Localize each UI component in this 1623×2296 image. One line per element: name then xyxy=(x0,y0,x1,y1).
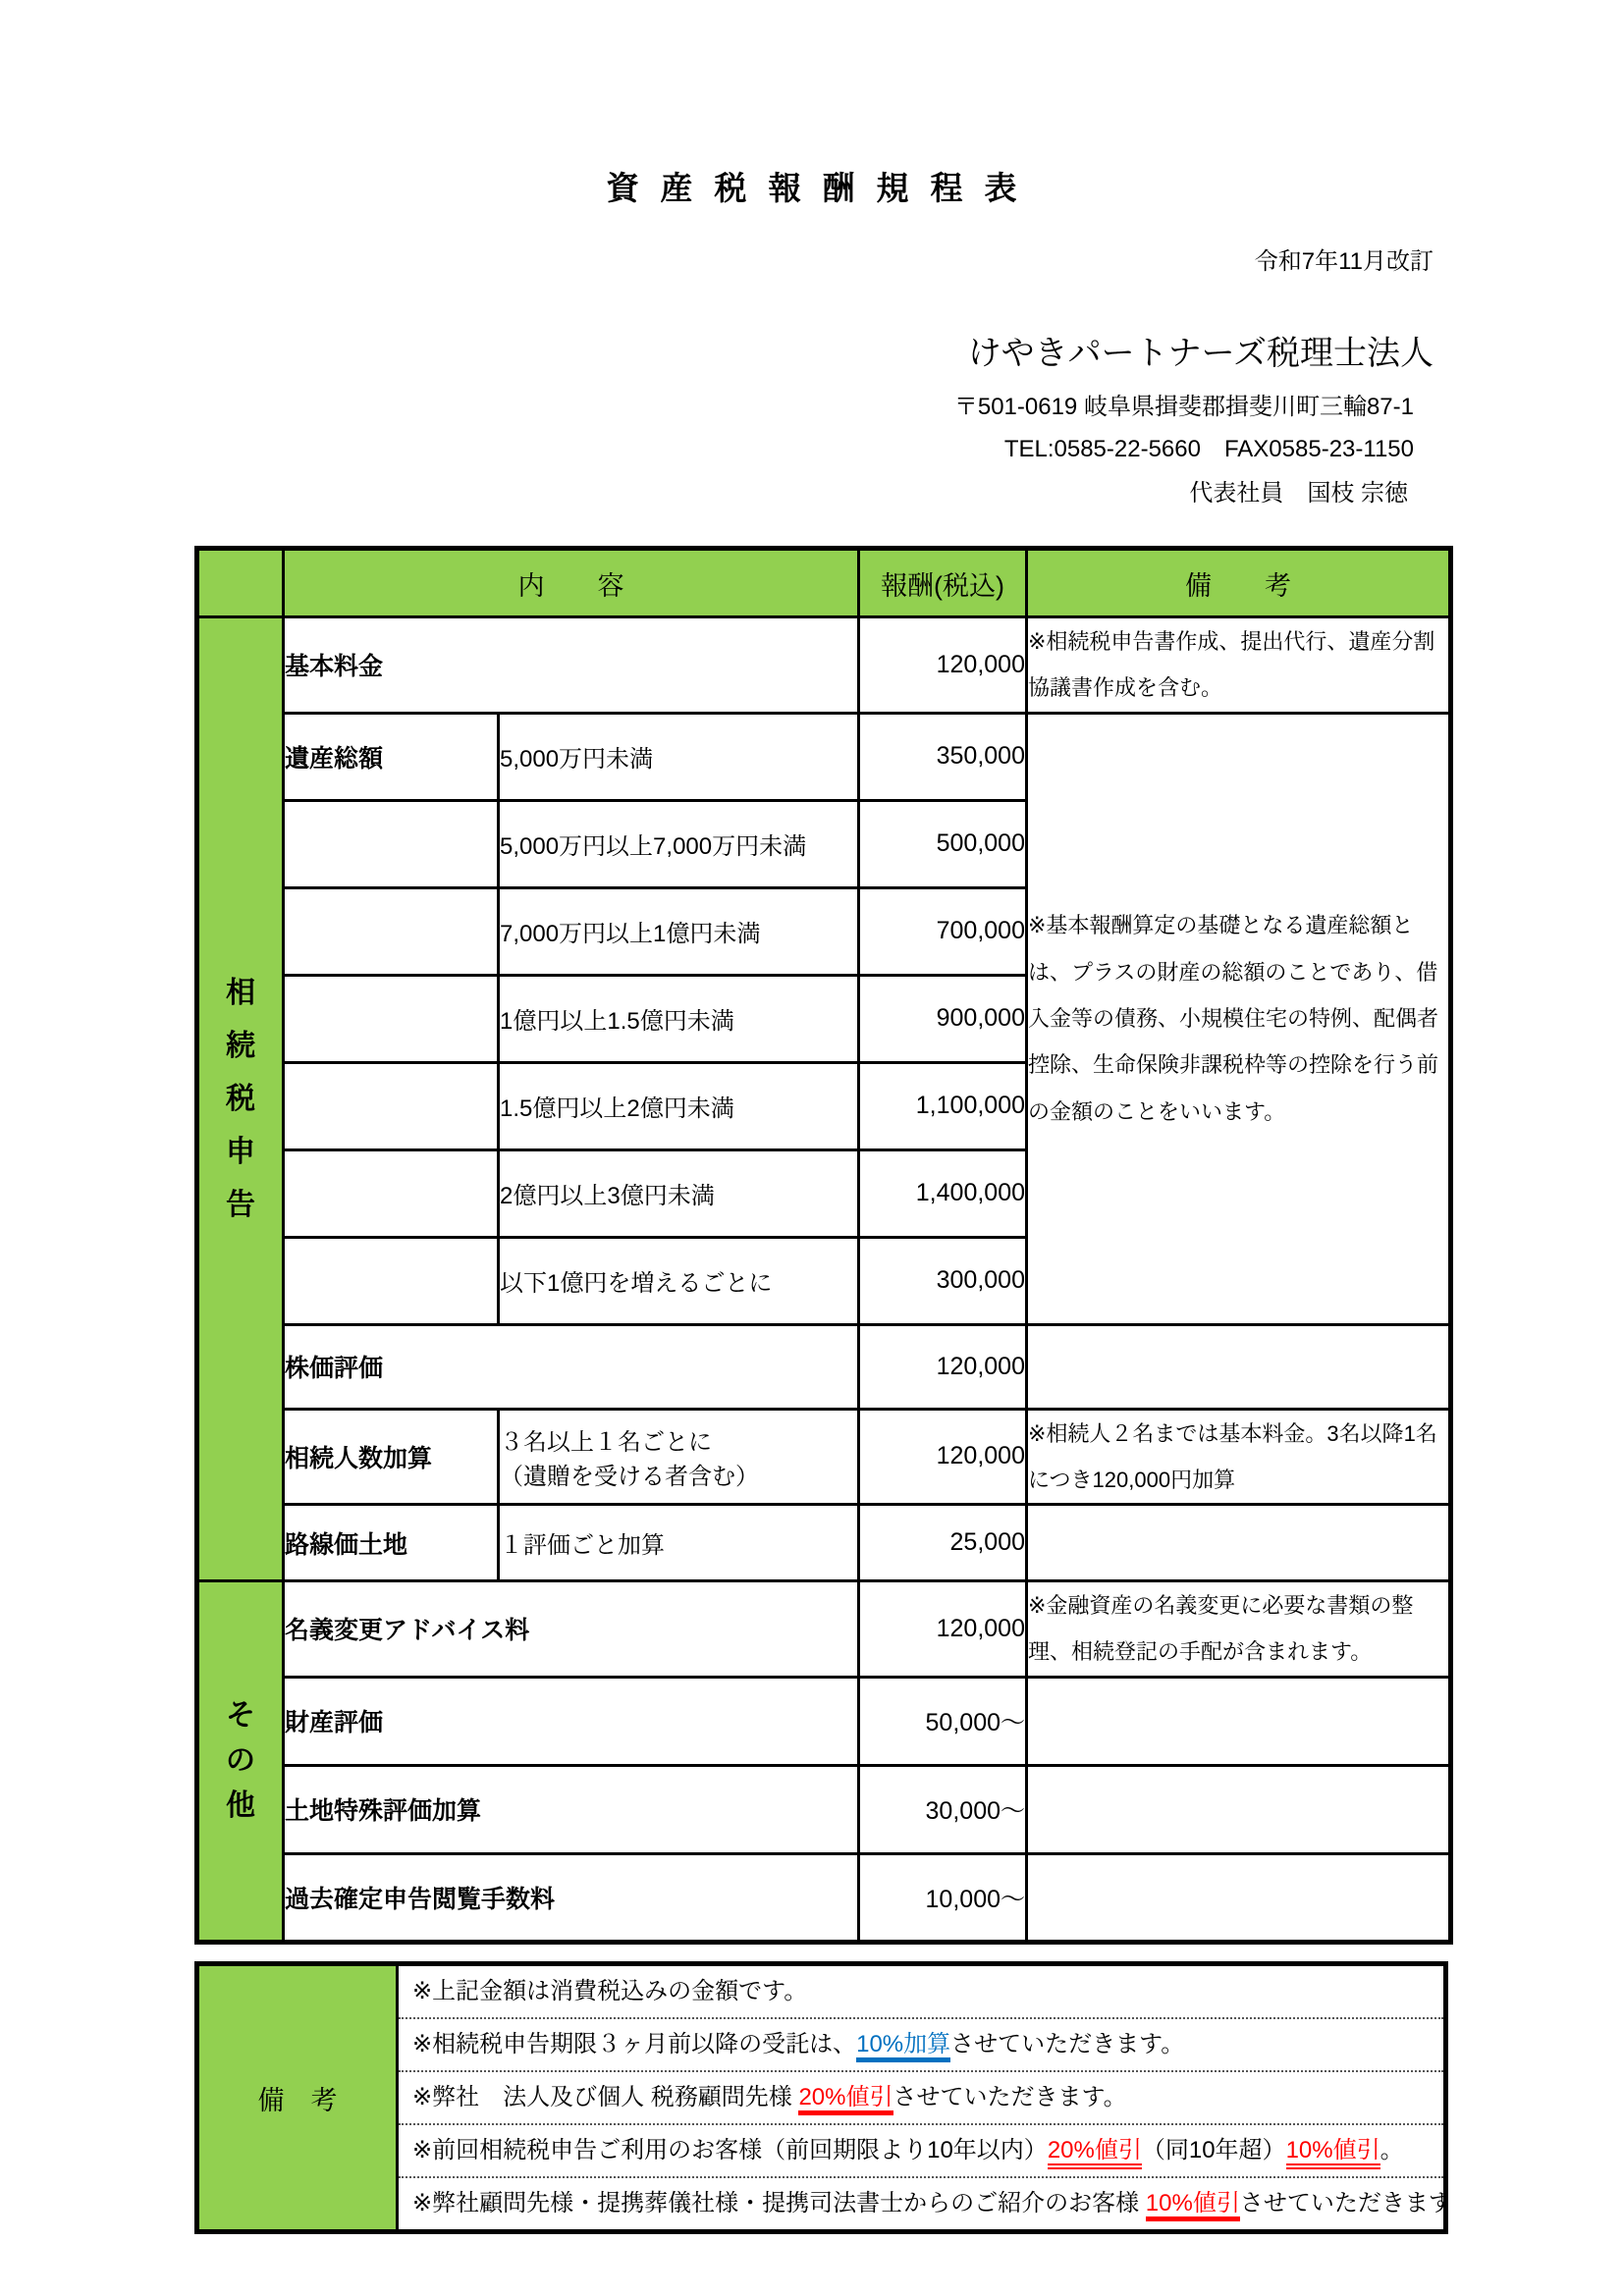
detail-cell: 1億円以上1.5億円未満 xyxy=(499,975,859,1062)
detail-cell: 5,000万円未満 xyxy=(499,713,859,800)
remark-line: ※相続税申告期限３ヶ月前以降の受託は、10%加算させていただきます。 xyxy=(399,2017,1443,2070)
category-cell: 財産評価 xyxy=(284,1677,859,1765)
table-row: 土地特殊評価加算 30,000～ xyxy=(197,1765,1451,1853)
remark-segment: ※相続税申告期限３ヶ月前以降の受託は、 xyxy=(412,2031,856,2057)
fee-cell: 350,000 xyxy=(859,713,1027,800)
remarks-body: ※上記金額は消費税込みの金額です。 ※相続税申告期限３ヶ月前以降の受託は、10%… xyxy=(399,1966,1443,2229)
fee-cell: 25,000 xyxy=(859,1505,1027,1581)
detail-cell: ３名以上１名ごとに （遺贈を受ける者含む） xyxy=(499,1409,859,1505)
category-cell xyxy=(284,887,499,975)
fee-cell: 500,000 xyxy=(859,800,1027,887)
fee-cell: 30,000～ xyxy=(859,1765,1027,1853)
category-cell: 基本料金 xyxy=(284,617,859,714)
note-cell xyxy=(1027,1765,1451,1853)
detail-cell: 7,000万円以上1億円未満 xyxy=(499,887,859,975)
detail-cell: 5,000万円以上7,000万円未満 xyxy=(499,800,859,887)
table-row: 株価評価 120,000 xyxy=(197,1324,1451,1409)
table-row: 遺産総額 5,000万円未満 350,000 ※基本報酬算定の基礎となる遺産総額… xyxy=(197,713,1451,800)
detail-cell: 以下1億円を増えるごとに xyxy=(499,1237,859,1324)
note-cell xyxy=(1027,1677,1451,1765)
note-cell: ※金融資産の名義変更に必要な書類の整理、相続登記の手配が含まれます。 xyxy=(1027,1581,1451,1678)
remark-segment: 。 xyxy=(1380,2137,1404,2163)
category-cell xyxy=(284,800,499,887)
page-title: 資産税報酬規程表 xyxy=(0,163,1623,209)
fee-table-header-row: 内 容 報酬(税込) 備 考 xyxy=(197,549,1451,617)
remark-line: ※弊社 法人及び個人 税務顧問先様 20%値引させていただきます。 xyxy=(399,2070,1443,2123)
remark-segment: ※弊社顧問先様・提携葬儀社様・提携司法書士からのご紹介のお客様 xyxy=(412,2190,1146,2216)
remark-line: ※前回相続税申告ご利用のお客様（前回期限より10年以内）20%値引（同10年超）… xyxy=(399,2123,1443,2176)
section-other-vertical-text: その他 xyxy=(226,1685,255,1837)
category-cell xyxy=(284,975,499,1062)
remark-segment: （同10年超） xyxy=(1142,2137,1286,2163)
fee-cell: 50,000～ xyxy=(859,1677,1027,1765)
table-row: 路線価土地 １評価ごと加算 25,000 xyxy=(197,1505,1451,1581)
category-cell: 路線価土地 xyxy=(284,1505,499,1581)
table-row: 過去確定申告閲覧手数料 10,000～ xyxy=(197,1853,1451,1942)
category-cell: 遺産総額 xyxy=(284,713,499,800)
remark-line: ※上記金額は消費税込みの金額です。 xyxy=(399,1966,1443,2017)
remark-segment: 20%値引 xyxy=(798,2084,893,2115)
category-cell: 名義変更アドバイス料 xyxy=(284,1581,859,1678)
table-row: 財産評価 50,000～ xyxy=(197,1677,1451,1765)
revision-date: 令和7年11月改訂 xyxy=(1255,241,1434,276)
category-cell: 過去確定申告閲覧手数料 xyxy=(284,1853,859,1942)
remark-segment: ※弊社 法人及び個人 税務顧問先様 xyxy=(412,2084,798,2110)
fee-cell: 10,000～ xyxy=(859,1853,1027,1942)
category-cell: 相続人数加算 xyxy=(284,1409,499,1505)
note-cell xyxy=(1027,1505,1451,1581)
fee-cell: 300,000 xyxy=(859,1237,1027,1324)
category-cell xyxy=(284,1237,499,1324)
note-cell xyxy=(1027,1853,1451,1942)
corner-cell xyxy=(197,549,284,617)
remarks-table: 備 考 ※上記金額は消費税込みの金額です。 ※相続税申告期限３ヶ月前以降の受託は… xyxy=(194,1961,1448,2234)
remark-segment: させていただきます。 xyxy=(950,2031,1184,2057)
remark-segment: 20%値引 xyxy=(1048,2137,1142,2169)
remark-segment: 10%加算 xyxy=(856,2031,950,2062)
remarks-label: 備 考 xyxy=(199,1966,399,2229)
section-label-inheritance: 相続税申告 xyxy=(197,617,284,1581)
detail-cell: 1.5億円以上2億円未満 xyxy=(499,1062,859,1149)
remark-segment: させていただきます xyxy=(1240,2190,1443,2216)
company-representative: 代表社員 国枝 宗徳 xyxy=(1189,473,1408,507)
estate-total-note-cell: ※基本報酬算定の基礎となる遺産総額とは、プラスの財産の総額のことであり、借入金等… xyxy=(1027,713,1451,1324)
category-cell: 土地特殊評価加算 xyxy=(284,1765,859,1853)
remark-segment: ※前回相続税申告ご利用のお客様（前回期限より10年以内） xyxy=(412,2137,1048,2163)
category-cell: 株価評価 xyxy=(284,1324,859,1409)
company-address: 〒501-0619 岐阜県揖斐郡揖斐川町三輪87-1 xyxy=(954,387,1414,421)
remark-segment: 10%値引 xyxy=(1286,2137,1380,2169)
remark-segment: させていただきます。 xyxy=(893,2084,1127,2110)
note-cell: ※相続人２名までは基本料金。3名以降1名につき120,000円加算 xyxy=(1027,1409,1451,1505)
header-content: 内 容 xyxy=(284,549,859,617)
table-row: 相続税申告 基本料金 120,000 ※相続税申告書作成、提出代行、遺産分割協議… xyxy=(197,617,1451,714)
section-inheritance-vertical-text: 相続税申告 xyxy=(226,955,255,1244)
category-cell xyxy=(284,1062,499,1149)
detail-cell: １評価ごと加算 xyxy=(499,1505,859,1581)
fee-cell: 1,400,000 xyxy=(859,1149,1027,1237)
table-row: 相続人数加算 ３名以上１名ごとに （遺贈を受ける者含む） 120,000 ※相続… xyxy=(197,1409,1451,1505)
remark-segment: 10%値引 xyxy=(1146,2190,1240,2221)
note-cell xyxy=(1027,1324,1451,1409)
fee-cell: 120,000 xyxy=(859,617,1027,714)
company-tel-fax: TEL:0585-22-5660 FAX0585-23-1150 xyxy=(1004,429,1414,463)
remark-segment: ※上記金額は消費税込みの金額です。 xyxy=(412,1978,807,2004)
fee-cell: 120,000 xyxy=(859,1324,1027,1409)
fee-cell: 900,000 xyxy=(859,975,1027,1062)
fee-cell: 700,000 xyxy=(859,887,1027,975)
remark-line: ※弊社顧問先様・提携葬儀社様・提携司法書士からのご紹介のお客様 10%値引させて… xyxy=(399,2176,1443,2229)
company-name: けやきパートナーズ税理士法人 xyxy=(968,326,1434,374)
fee-cell: 1,100,000 xyxy=(859,1062,1027,1149)
fee-table: 内 容 報酬(税込) 備 考 相続税申告 基本料金 120,000 ※相続税申告… xyxy=(194,546,1453,1945)
detail-cell: 2億円以上3億円未満 xyxy=(499,1149,859,1237)
header-notes: 備 考 xyxy=(1027,549,1451,617)
note-cell: ※相続税申告書作成、提出代行、遺産分割協議書作成を含む。 xyxy=(1027,617,1451,714)
fee-cell: 120,000 xyxy=(859,1409,1027,1505)
category-cell xyxy=(284,1149,499,1237)
table-row: その他 名義変更アドバイス料 120,000 ※金融資産の名義変更に必要な書類の… xyxy=(197,1581,1451,1678)
fee-cell: 120,000 xyxy=(859,1581,1027,1678)
section-label-other: その他 xyxy=(197,1581,284,1943)
header-fee: 報酬(税込) xyxy=(859,549,1027,617)
